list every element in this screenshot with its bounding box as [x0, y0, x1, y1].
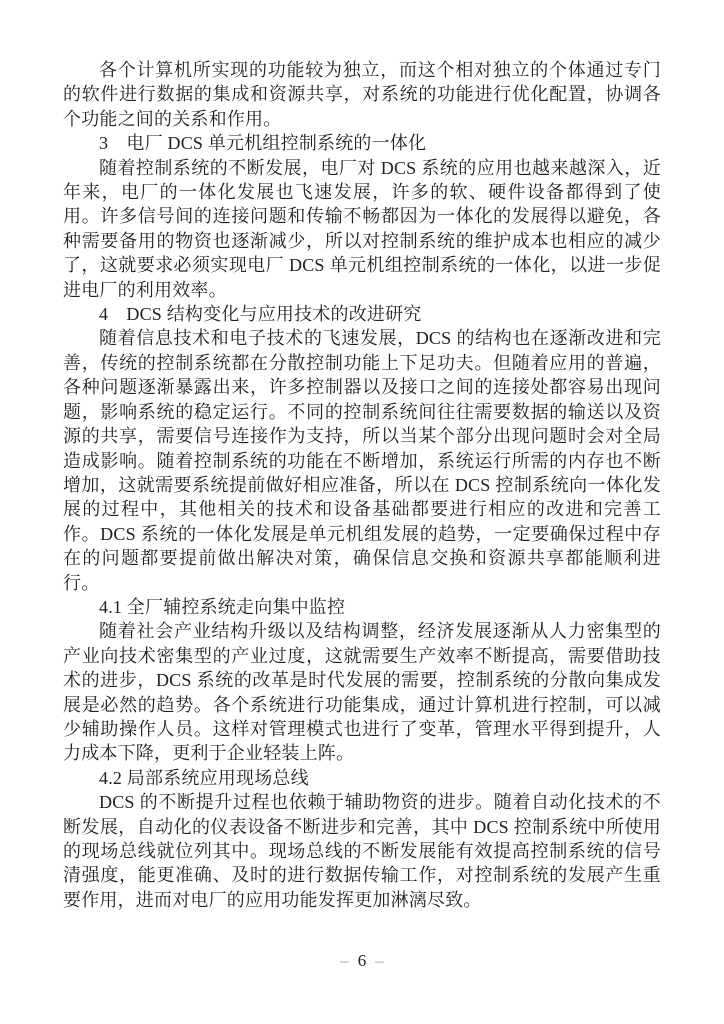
page-footer: –6–	[0, 950, 724, 972]
document-content: 各个计算机所实现的功能较为独立，而这个相对独立的个体通过专门的软件进行数据的集成…	[63, 58, 661, 912]
paragraph: DCS 的不断提升过程也依赖于辅助物资的进步。随着自动化技术的不断发展，自动化的…	[63, 790, 661, 912]
section-heading: 4 DCS 结构变化与应用技术的改进研究	[63, 302, 661, 326]
document-page: 各个计算机所实现的功能较为独立，而这个相对独立的个体通过专门的软件进行数据的集成…	[0, 0, 724, 1024]
paragraph: 随着信息技术和电子技术的飞速发展，DCS 的结构也在逐渐改进和完善，传统的控制系…	[63, 326, 661, 594]
paragraph: 随着社会产业结构升级以及结构调整，经济发展逐渐从人力密集型的产业向技术密集型的产…	[63, 619, 661, 765]
section-heading: 3 电厂 DCS 单元机组控制系统的一体化	[63, 131, 661, 155]
footer-dash-left: –	[340, 951, 349, 970]
paragraph: 随着控制系统的不断发展，电厂对 DCS 系统的应用也越来越深入，近年来，电厂的一…	[63, 156, 661, 302]
subsection-heading: 4.1 全厂辅控系统走向集中监控	[63, 595, 661, 619]
footer-dash-right: –	[375, 951, 384, 970]
page-number: 6	[358, 951, 367, 970]
subsection-heading: 4.2 局部系统应用现场总线	[63, 766, 661, 790]
paragraph: 各个计算机所实现的功能较为独立，而这个相对独立的个体通过专门的软件进行数据的集成…	[63, 58, 661, 131]
